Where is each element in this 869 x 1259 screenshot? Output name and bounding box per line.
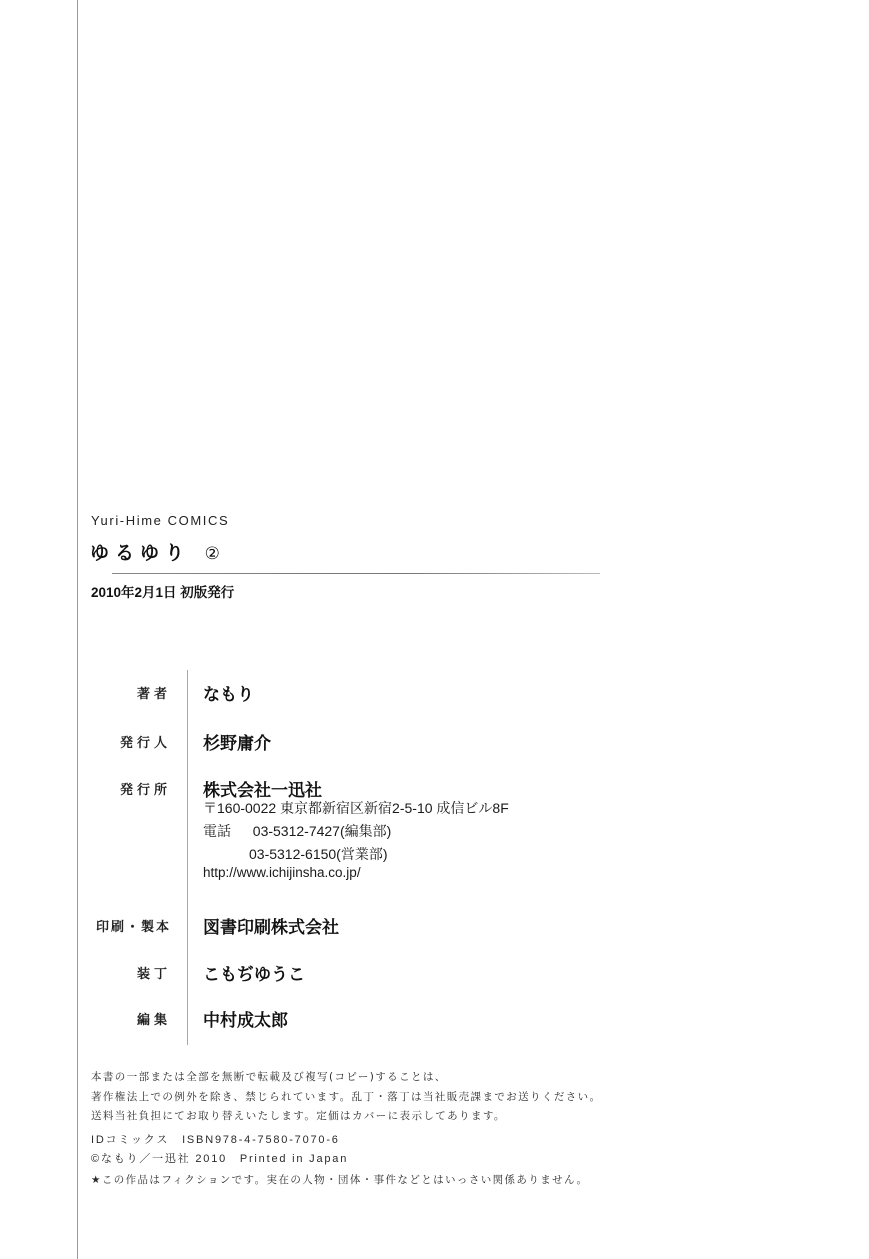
credit-value-design: こもぢゆうこ: [203, 960, 305, 985]
credit-label-printing: 印刷・製本: [96, 916, 171, 935]
title-divider: [112, 573, 600, 574]
publisher-address: 〒160-0022 東京都新宿区新宿2-5-10 成信ビル8F: [203, 798, 509, 818]
publisher-website[interactable]: http://www.ichijinsha.co.jp/: [203, 865, 361, 880]
credit-label-editor: 編集: [137, 1009, 171, 1028]
book-title: ゆるゆり ②: [90, 538, 220, 565]
copyright-line: ©なもり／一迅社 2010 Printed in Japan: [91, 1150, 348, 1166]
credit-value-printing: 図書印刷株式会社: [203, 913, 339, 938]
isbn-line: IDコミックス ISBN978-4-7580-7070-6: [91, 1131, 340, 1147]
volume-number: ②: [205, 544, 220, 564]
credit-label-design: 装丁: [137, 963, 171, 982]
credit-label-publishing-house: 発行所: [120, 779, 171, 798]
book-title-text: ゆるゆり: [90, 542, 190, 564]
copyright-notice-line-2: 著作権法上での例外を除き、禁じられています。乱丁・落丁は当社販売課までお送りくだ…: [91, 1089, 601, 1104]
phone-editorial: 03-5312-7427(編集部): [253, 823, 392, 839]
series-label: Yuri-Hime COMICS: [91, 513, 229, 528]
credit-value-publisher-person: 杉野庸介: [203, 729, 271, 754]
credits-divider: [187, 670, 188, 1045]
credit-value-editor: 中村成太郎: [203, 1006, 288, 1031]
publication-date: 2010年2月1日 初版発行: [91, 581, 234, 601]
publisher-phone-sales: 03-5312-6150(営業部): [249, 844, 388, 864]
credit-label-author: 著者: [137, 683, 171, 702]
credit-value-author: なもり: [203, 680, 254, 705]
copyright-notice-line-3: 送料当社負担にてお取り替えいたします。定価はカバーに表示してあります。: [91, 1108, 506, 1123]
copyright-notice-line-1: 本書の一部または全部を無断で転載及び複写(コピー)することは、: [91, 1069, 447, 1084]
publisher-phone-editorial: 電話 03-5312-7427(編集部): [203, 821, 391, 841]
phone-label: 電話: [203, 823, 231, 839]
credit-label-publisher-person: 発行人: [120, 732, 171, 751]
page-border-line: [77, 0, 78, 1259]
fiction-disclaimer: ★この作品はフィクションです。実在の人物・団体・事件などとはいっさい関係ありませ…: [91, 1172, 588, 1187]
